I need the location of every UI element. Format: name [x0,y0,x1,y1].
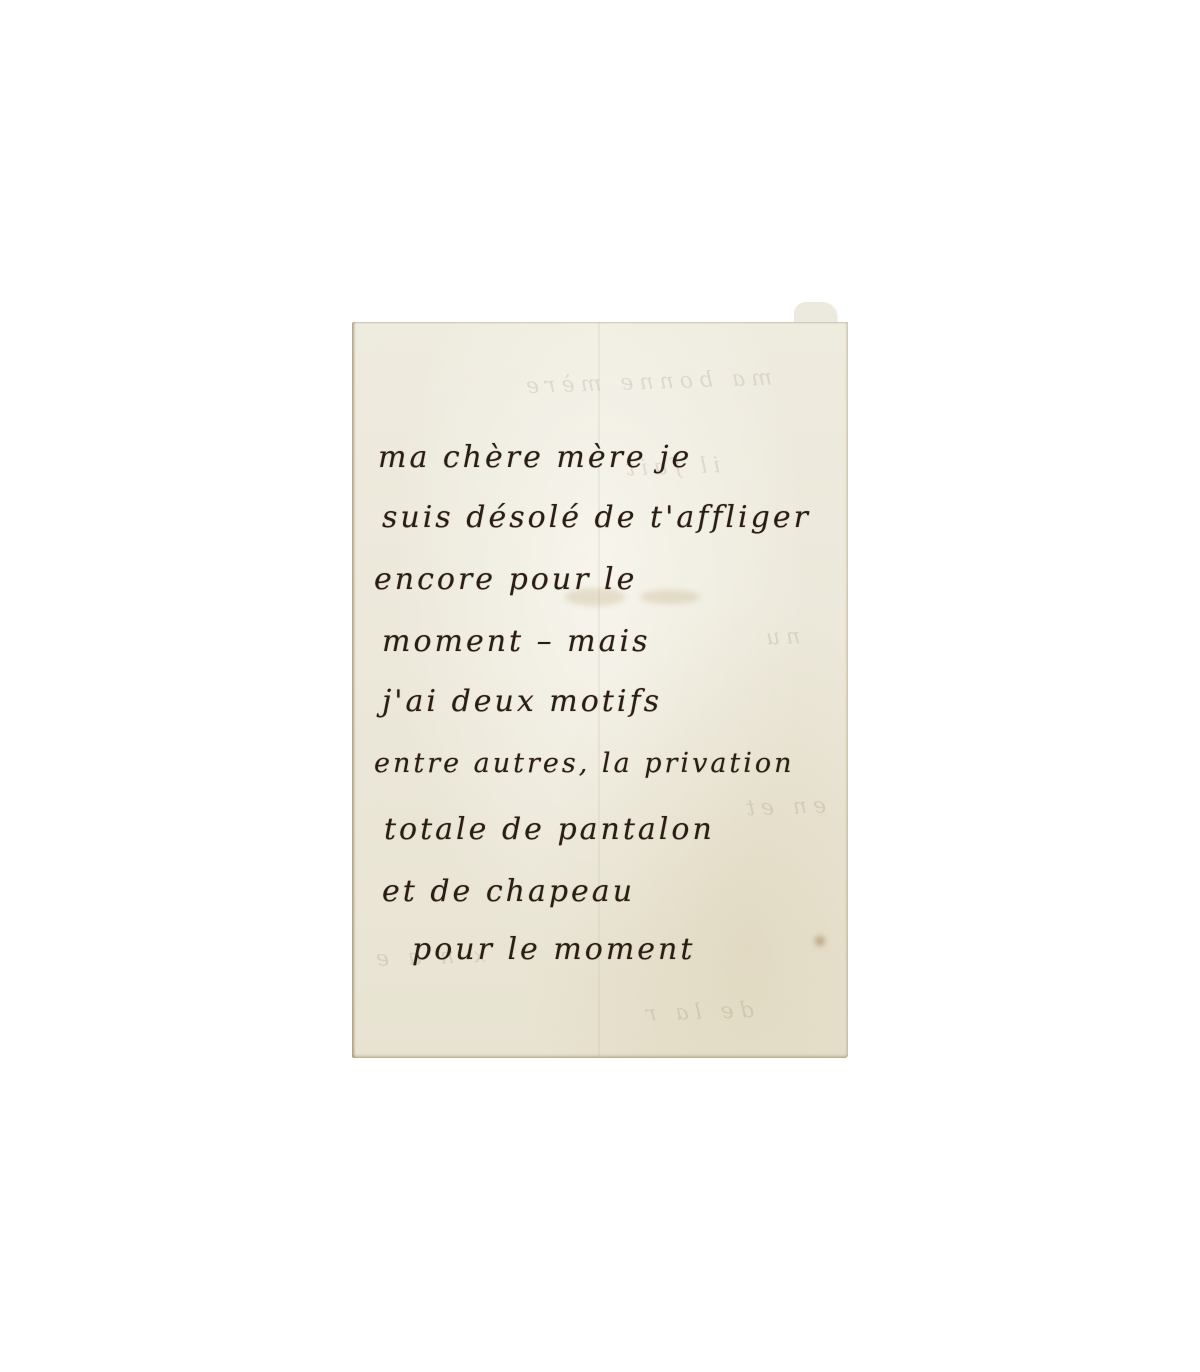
letter-text: ma chère mère je suis désolé de t'afflig… [352,322,848,1058]
letter-line: pour le moment [412,932,695,967]
letter-line: j'ai deux motifs [382,684,662,719]
letter-line: ma chère mère je [378,440,692,475]
letter-line: suis désolé de t'affliger [382,500,811,535]
letter-line: totale de pantalon [384,812,715,847]
letter-line: moment – mais [382,624,650,659]
letter-line: encore pour le [374,562,637,597]
letter-line: et de chapeau [382,874,635,909]
letter-line: entre autres, la privation [374,748,795,779]
